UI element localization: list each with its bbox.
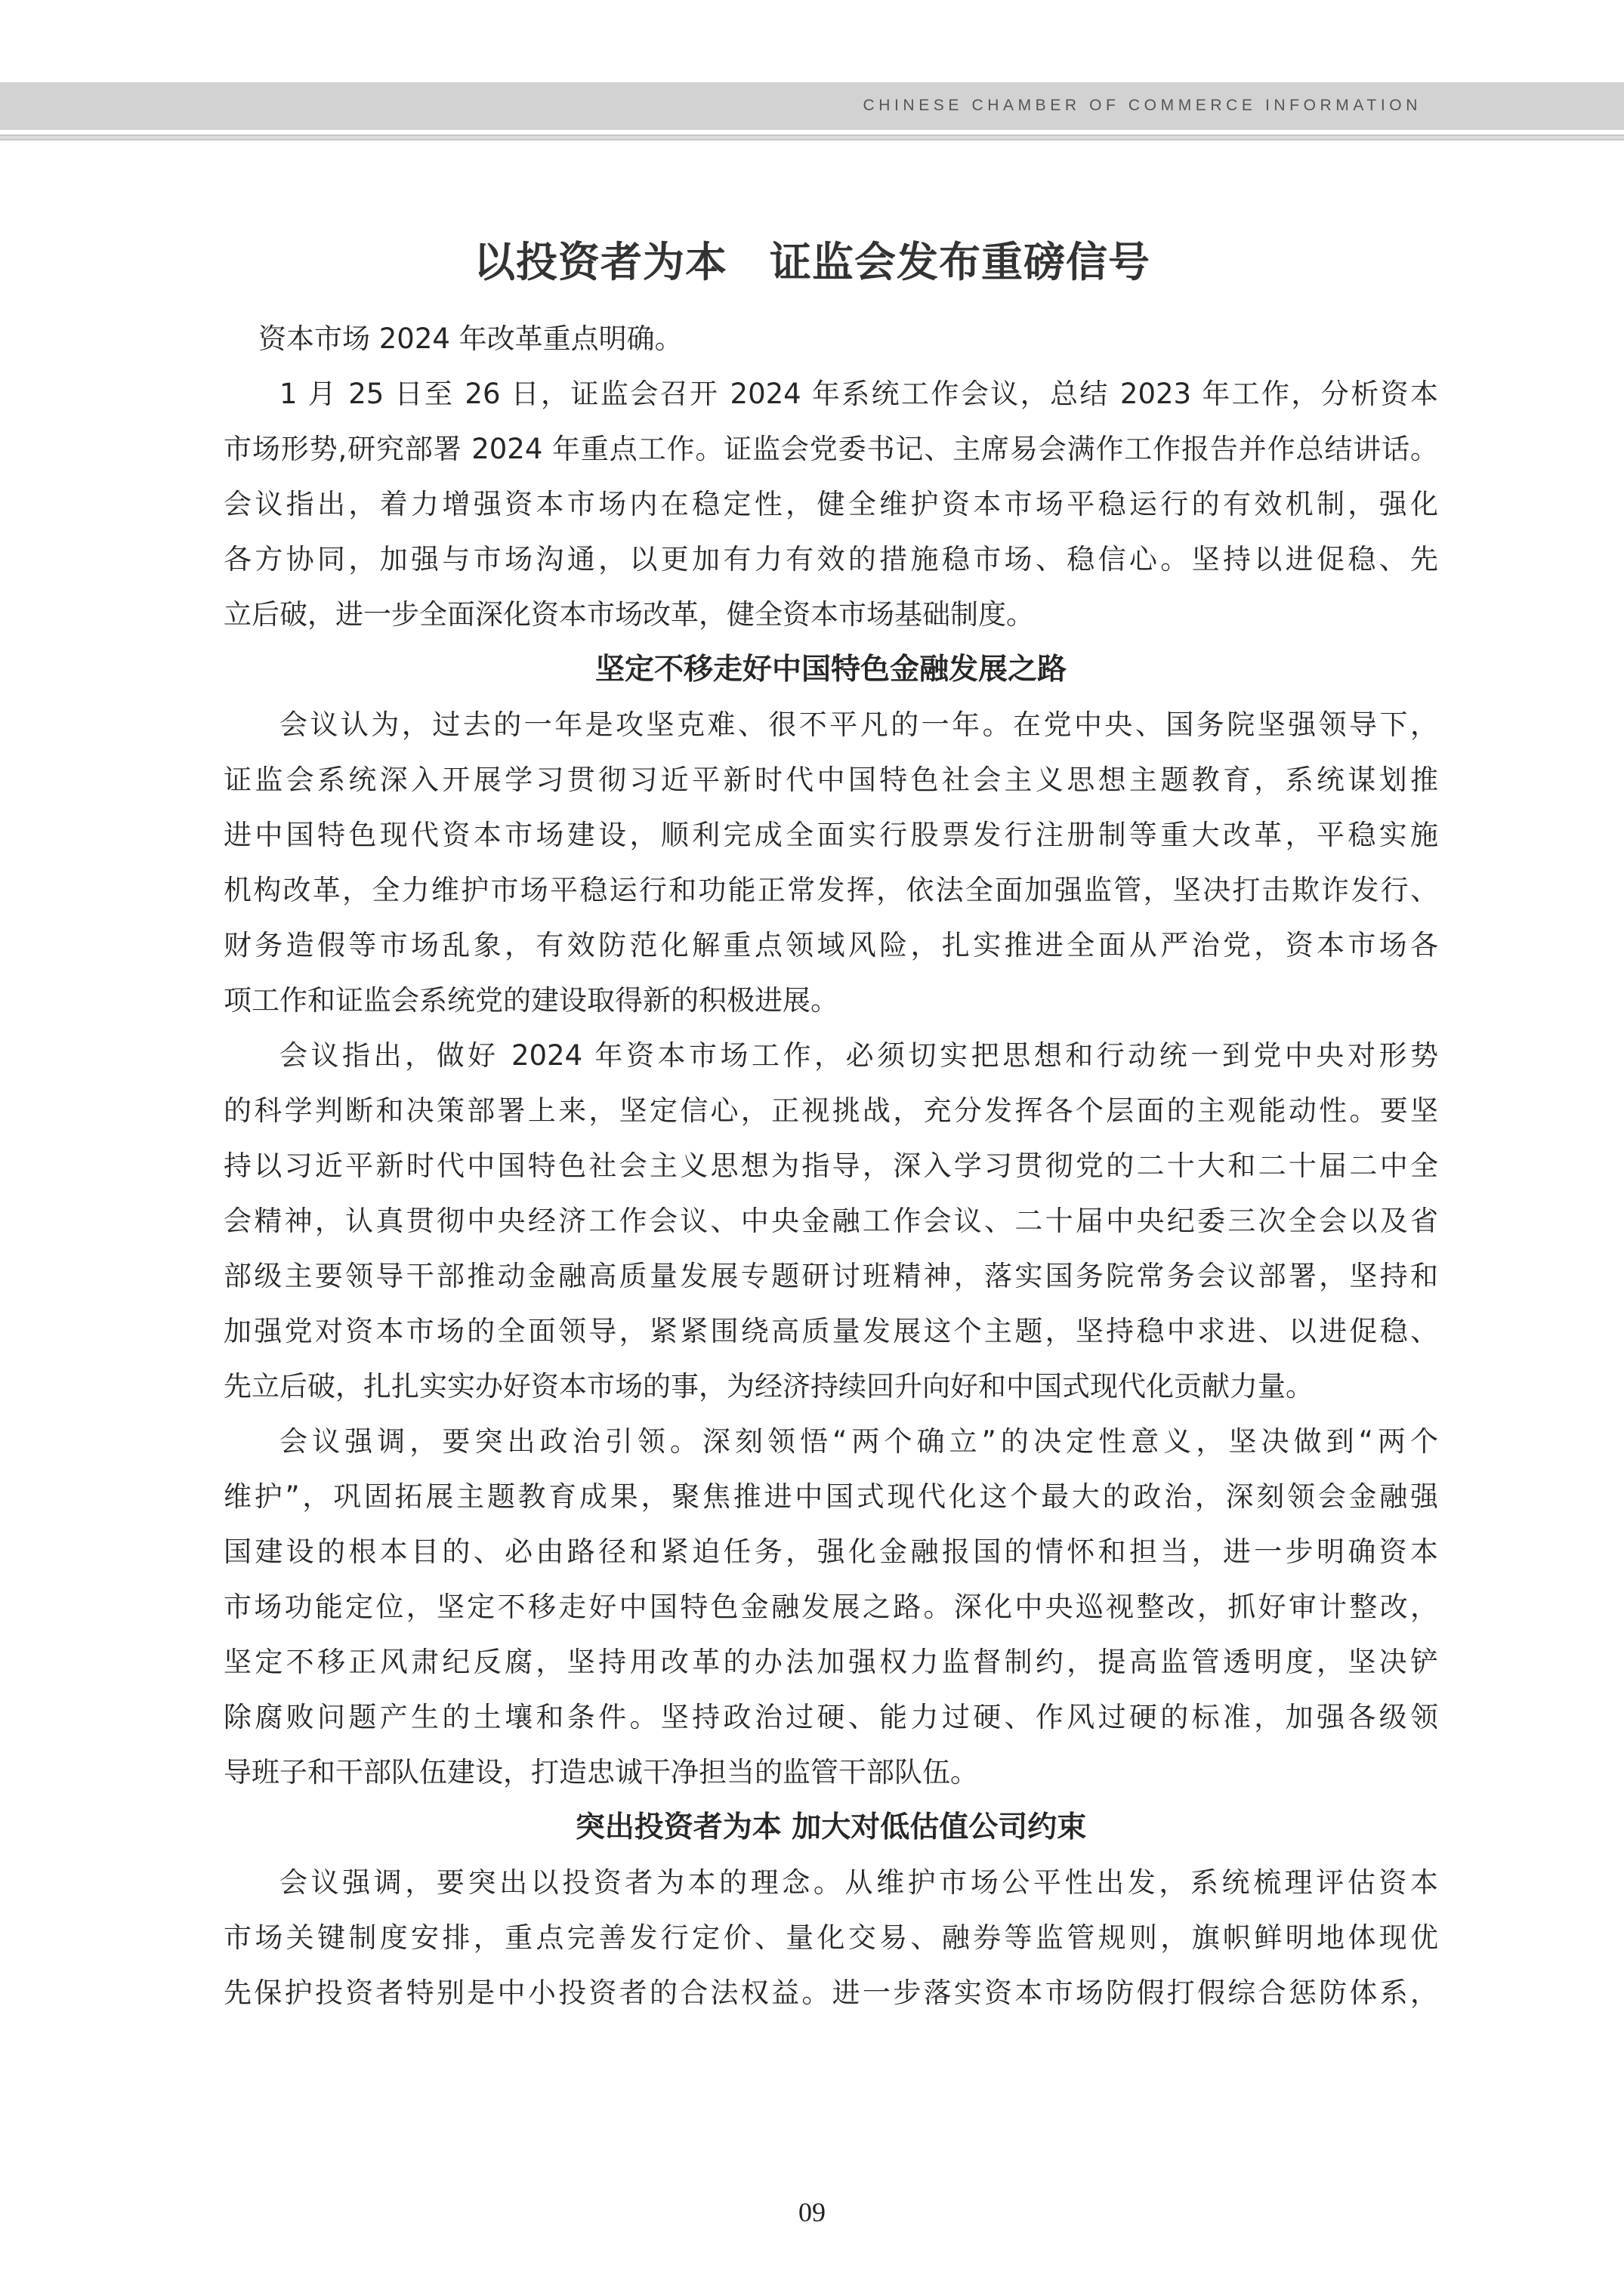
text-line: 立后破，进一步全面深化资本市场改革，健全资本市场基础制度。 <box>224 587 1438 642</box>
text-line: 机构改革，全力维护市场平稳运行和功能正常发挥，依法全面加强监管，坚决打击欺诈发行… <box>224 863 1438 918</box>
header-divider <box>0 134 1624 140</box>
text-line: 会议强调，要突出政治引领。深刻领悟“两个确立”的决定性意义，坚决做到“两个 <box>224 1414 1438 1469</box>
text-line: 项工作和证监会系统党的建设取得新的积极进展。 <box>224 973 1438 1028</box>
article-title-part1: 以投资者为本 <box>474 238 727 286</box>
paragraph: 1 月 25 日至 26 日，证监会召开 2024 年系统工作会议，总结 202… <box>224 366 1438 642</box>
text-line: 持以习近平新时代中国特色社会主义思想为指导，深入学习贯彻党的二十大和二十届二中全 <box>224 1138 1438 1193</box>
text-line: 进中国特色现代资本市场建设，顺利完成全面实行股票发行注册制等重大改革，平稳实施 <box>224 807 1438 863</box>
paragraph: 会议强调，要突出以投资者为本的理念。从维护市场公平性出发，系统梳理评估资本市场关… <box>224 1855 1438 2020</box>
text-line: 1 月 25 日至 26 日，证监会召开 2024 年系统工作会议，总结 202… <box>224 366 1438 421</box>
text-line: 维护”，巩固拓展主题教育成果，聚焦推进中国式现代化这个最大的政治，深刻领会金融强 <box>224 1469 1438 1524</box>
text-line: 会议认为，过去的一年是攻坚克难、很不平凡的一年。在党中央、国务院坚强领导下， <box>224 697 1438 752</box>
section-heading: 坚定不移走好中国特色金融发展之路 <box>224 642 1438 697</box>
article-body: 资本市场 2024 年改革重点明确。 1 月 25 日至 26 日，证监会召开 … <box>224 311 1438 2020</box>
text-line: 市场关键制度安排，重点完善发行定价、量化交易、融券等监管规则，旗帜鲜明地体现优 <box>224 1910 1438 1965</box>
paragraph: 会议强调，要突出政治引领。深刻领悟“两个确立”的决定性意义，坚决做到“两个维护”… <box>224 1414 1438 1800</box>
text-line: 加强党对资本市场的全面领导，紧紧围绕高质量发展这个主题，坚持稳中求进、以进促稳、 <box>224 1304 1438 1359</box>
text-line: 会议强调，要突出以投资者为本的理念。从维护市场公平性出发，系统梳理评估资本 <box>224 1855 1438 1910</box>
text-line: 会议指出，着力增强资本市场内在稳定性，健全维护资本市场平稳运行的有效机制，强化 <box>224 477 1438 532</box>
publication-name: CHINESE CHAMBER OF COMMERCE INFORMATION <box>863 97 1422 115</box>
article-lead: 资本市场 2024 年改革重点明确。 <box>224 311 1438 366</box>
text-line: 证监会系统深入开展学习贯彻习近平新时代中国特色社会主义思想主题教育，系统谋划推 <box>224 752 1438 807</box>
text-line: 先立后破，扎扎实实办好资本市场的事，为经济持续回升向好和中国式现代化贡献力量。 <box>224 1359 1438 1414</box>
text-line: 国建设的根本目的、必由路径和紧迫任务，强化金融报国的情怀和担当，进一步明确资本 <box>224 1524 1438 1579</box>
text-line: 的科学判断和决策部署上来，坚定信心，正视挑战，充分发挥各个层面的主观能动性。要坚 <box>224 1083 1438 1138</box>
article-flow: 1 月 25 日至 26 日，证监会召开 2024 年系统工作会议，总结 202… <box>224 366 1438 2020</box>
article-title-part2: 证监会发布重磅信号 <box>770 238 1150 286</box>
text-line: 坚定不移正风肃纪反腐，坚持用改革的办法加强权力监督制约，提高监管透明度，坚决铲 <box>224 1634 1438 1690</box>
page-number: 09 <box>0 2196 1624 2228</box>
text-line: 除腐败问题产生的土壤和条件。坚持政治过硬、能力过硬、作风过硬的标准，加强各级领 <box>224 1690 1438 1745</box>
section-heading: 突出投资者为本 加大对低估值公司约束 <box>224 1800 1438 1855</box>
text-line: 会精神，认真贯彻中央经济工作会议、中央金融工作会议、二十届中央纪委三次全会以及省 <box>224 1193 1438 1248</box>
text-line: 财务造假等市场乱象，有效防范化解重点领域风险，扎实推进全面从严治党，资本市场各 <box>224 918 1438 973</box>
text-line: 先保护投资者特别是中小投资者的合法权益。进一步落实资本市场防假打假综合惩防体系， <box>224 1965 1438 2020</box>
paragraph: 会议认为，过去的一年是攻坚克难、很不平凡的一年。在党中央、国务院坚强领导下，证监… <box>224 697 1438 1028</box>
text-line: 市场功能定位，坚定不移走好中国特色金融发展之路。深化中央巡视整改，抓好审计整改， <box>224 1579 1438 1634</box>
text-line: 导班子和干部队伍建设，打造忠诚干净担当的监管干部队伍。 <box>224 1745 1438 1800</box>
text-line: 市场形势,研究部署 2024 年重点工作。证监会党委书记、主席易会满作工作报告并… <box>224 421 1438 477</box>
article-title: 以投资者为本证监会发布重磅信号 <box>0 229 1624 289</box>
text-line: 各方协同，加强与市场沟通，以更加有力有效的措施稳市场、稳信心。坚持以进促稳、先 <box>224 532 1438 587</box>
text-line: 会议指出，做好 2024 年资本市场工作，必须切实把思想和行动统一到党中央对形势 <box>224 1028 1438 1083</box>
paragraph: 会议指出，做好 2024 年资本市场工作，必须切实把思想和行动统一到党中央对形势… <box>224 1028 1438 1414</box>
text-line: 部级主要领导干部推动金融高质量发展专题研讨班精神，落实国务院常务会议部署，坚持和 <box>224 1248 1438 1304</box>
